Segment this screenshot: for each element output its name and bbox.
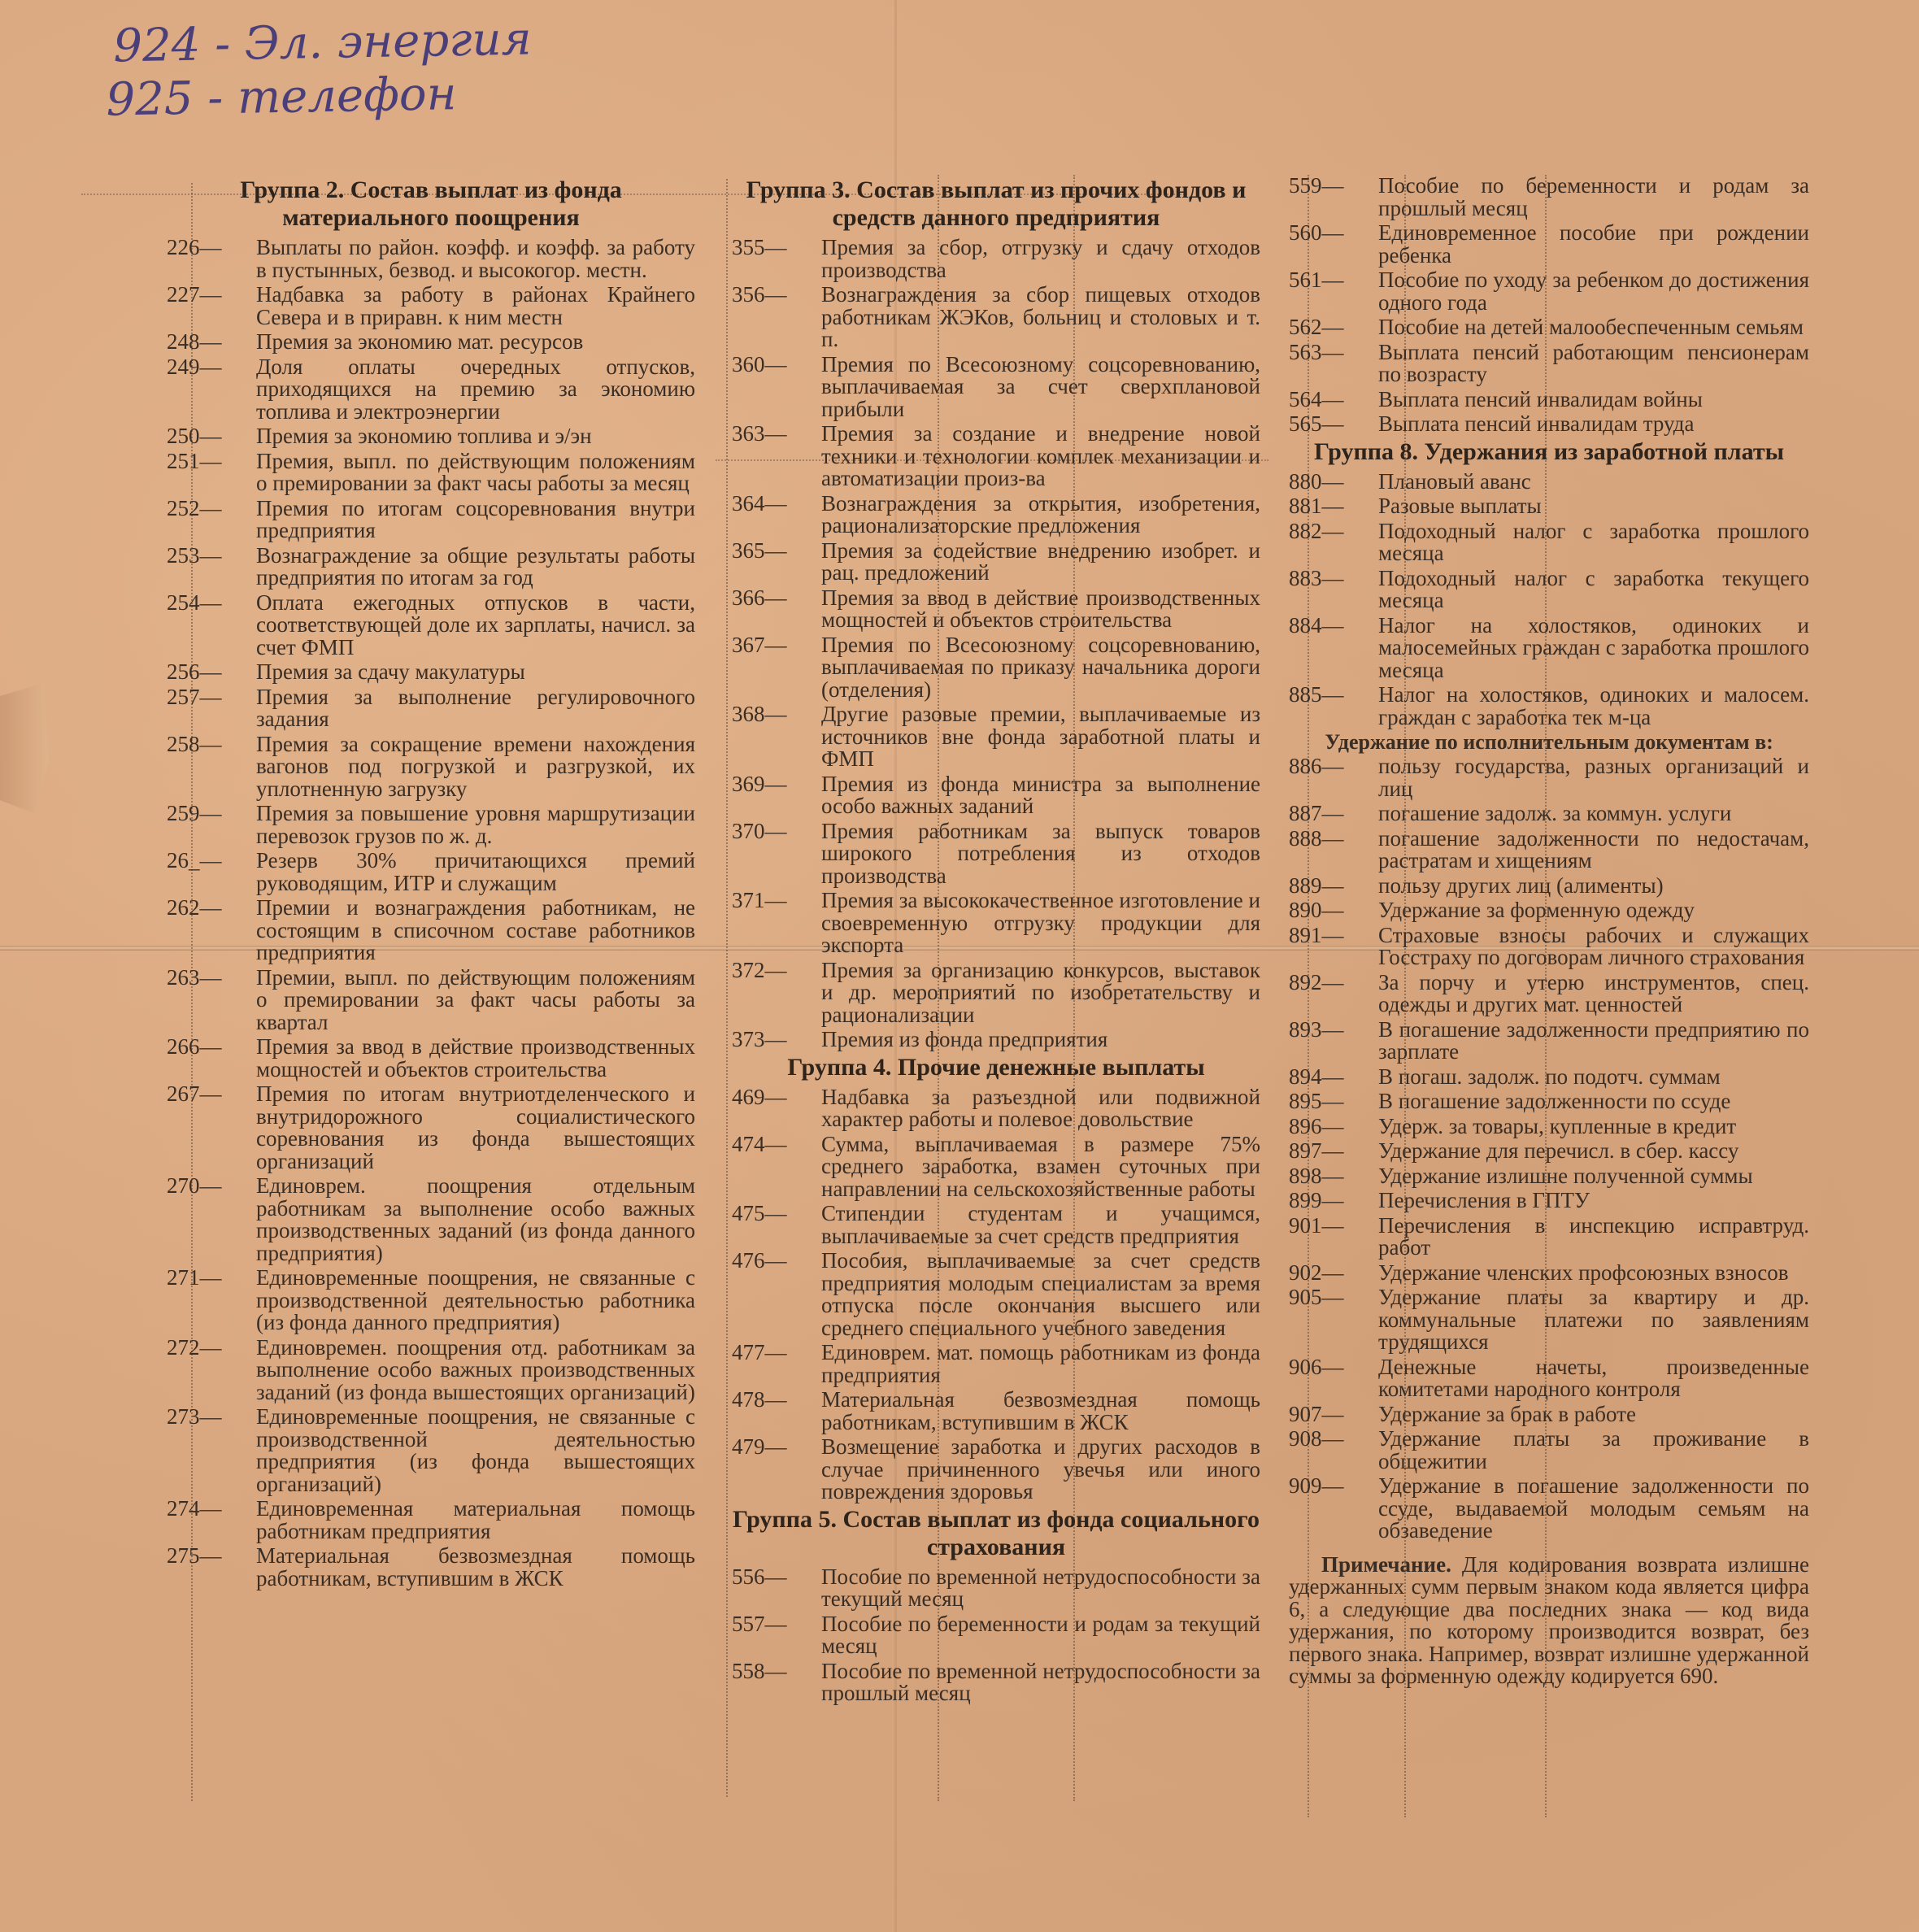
- entry-code: 475—: [732, 1203, 821, 1247]
- entry-text: Страховые взносы рабочих и служащих Госс…: [1378, 925, 1809, 969]
- entry-code: 273—: [167, 1406, 256, 1495]
- code-entry: 906—Денежные начеты, произведенные комит…: [1289, 1356, 1809, 1401]
- code-entry: 561—Пособие по уходу за ребенком до дост…: [1289, 269, 1809, 314]
- entry-code: 363—: [732, 423, 821, 490]
- entry-code: 908—: [1289, 1428, 1378, 1473]
- entry-code: 262—: [167, 897, 256, 964]
- entry-text: Удержание за форменную одежду: [1378, 899, 1809, 922]
- entry-text: Выплата пенсий инвалидам войны: [1378, 389, 1809, 411]
- entry-code: 369—: [732, 773, 821, 818]
- entry-text: Премия за ввод в действие производственн…: [821, 587, 1260, 632]
- entry-code: 891—: [1289, 925, 1378, 969]
- entry-text: Пособия, выплачиваемые за счет средств п…: [821, 1250, 1260, 1339]
- code-entry: 889—пользу других лиц (алименты): [1289, 875, 1809, 898]
- entry-text: Денежные начеты, произведенные комитетам…: [1378, 1356, 1809, 1401]
- code-entry: 907—Удержание за брак в работе: [1289, 1403, 1809, 1426]
- entry-text: Пособие по временной нетрудоспособности …: [821, 1660, 1260, 1705]
- entry-code: 902—: [1289, 1262, 1378, 1285]
- code-entry: 905—Удержание платы за квартиру и др. ко…: [1289, 1286, 1809, 1354]
- column-1: Группа 2. Состав выплат из фонда материа…: [167, 175, 695, 1592]
- entry-text: Премия за экономию мат. ресурсов: [256, 331, 695, 354]
- entry-text: Выплата пенсий инвалидам труда: [1378, 413, 1809, 436]
- column-3: 559—Пособие по беременности и родам за п…: [1289, 175, 1809, 1688]
- entry-code: 253—: [167, 545, 256, 590]
- entry-code: 556—: [732, 1566, 821, 1611]
- entry-text: Вознаграждение за общие результаты работ…: [256, 545, 695, 590]
- entry-text: В погашение задолженности по ссуде: [1378, 1090, 1809, 1113]
- entry-code: 883—: [1289, 568, 1378, 612]
- entry-text: Премия за организацию конкурсов, выставо…: [821, 959, 1260, 1027]
- entry-code: 896—: [1289, 1116, 1378, 1138]
- entry-code: 478—: [732, 1389, 821, 1434]
- entry-code: 880—: [1289, 471, 1378, 494]
- code-entry: 884—Налог на холостяков, одиноких и мало…: [1289, 615, 1809, 682]
- entry-text: Премия за ввод в действие производственн…: [256, 1036, 695, 1081]
- entry-code: 893—: [1289, 1019, 1378, 1064]
- entry-text: Премия работникам за выпуск товаров широ…: [821, 820, 1260, 888]
- entry-code: 557—: [732, 1613, 821, 1658]
- entry-text: Вознаграждения за открытия, изобретения,…: [821, 493, 1260, 537]
- entry-text: Стипендии студентам и учащимся, выплачив…: [821, 1203, 1260, 1247]
- entry-code: 360—: [732, 354, 821, 421]
- entry-text: Пособие по уходу за ребенком до достижен…: [1378, 269, 1809, 314]
- entry-code: 267—: [167, 1083, 256, 1173]
- entry-code: 887—: [1289, 803, 1378, 825]
- group-title: Группа 8. Удержания из заработной платы: [1289, 438, 1809, 466]
- entry-code: 270—: [167, 1175, 256, 1264]
- entry-text: Выплата пенсий работающим пенсионерам по…: [1378, 342, 1809, 386]
- entry-code: 476—: [732, 1250, 821, 1339]
- group-title: Группа 2. Состав выплат из фонда материа…: [167, 176, 695, 232]
- code-entry: 564—Выплата пенсий инвалидам войны: [1289, 389, 1809, 411]
- column-2: Группа 3. Состав выплат из прочих фондов…: [732, 175, 1260, 1708]
- entry-text: Налог на холостяков, одиноких и малосем.…: [1378, 684, 1809, 729]
- entry-code: 371—: [732, 890, 821, 957]
- entry-code: 366—: [732, 587, 821, 632]
- code-entry: 893—В погашение задолженности предприяти…: [1289, 1019, 1809, 1064]
- entry-code: 275—: [167, 1545, 256, 1590]
- entry-text: пользу государства, разных организаций и…: [1378, 755, 1809, 800]
- entry-text: Премия за выполнение регулировочного зад…: [256, 686, 695, 731]
- entry-code: 263—: [167, 967, 256, 1034]
- entry-text: Премия за повышение уровня маршрутизации…: [256, 803, 695, 847]
- code-entry: 883—Подоходный налог с заработка текущег…: [1289, 568, 1809, 612]
- entry-text: погашение задолженности по недостачам, р…: [1378, 828, 1809, 872]
- code-entry: 226—Выплаты по район. коэфф. и коэфф. за…: [167, 237, 695, 281]
- entry-code: 561—: [1289, 269, 1378, 314]
- code-entry: 899—Перечисления в ГПТУ: [1289, 1190, 1809, 1212]
- code-entry: 901—Перечисления в инспекцию исправтруд.…: [1289, 1215, 1809, 1260]
- code-entry: 366—Премия за ввод в действие производст…: [732, 587, 1260, 632]
- entry-text: Премия по Всесоюзному соцсоревнованию, в…: [821, 354, 1260, 421]
- entry-text: Премии, выпл. по действующим положениям …: [256, 967, 695, 1034]
- code-entry: 897—Удержание для перечисл. в сбер. касс…: [1289, 1140, 1809, 1163]
- code-entry: 478—Материальная безвозмездная помощь ра…: [732, 1389, 1260, 1434]
- entry-text: Удержание для перечисл. в сбер. кассу: [1378, 1140, 1809, 1163]
- code-entry: 890—Удержание за форменную одежду: [1289, 899, 1809, 922]
- code-entry: 887—погашение задолж. за коммун. услуги: [1289, 803, 1809, 825]
- entry-text: В погаш. задолж. по подотч. суммам: [1378, 1066, 1809, 1089]
- code-entry: 373—Премия из фонда предприятия: [732, 1029, 1260, 1051]
- entry-code: 469—: [732, 1086, 821, 1131]
- entry-text: Премия по итогам соцсоревнования внутри …: [256, 498, 695, 542]
- entry-text: Премия за сокращение времени нахождения …: [256, 733, 695, 801]
- code-entry: 259—Премия за повышение уровня маршрутиз…: [167, 803, 695, 847]
- entry-text: Удержание платы за проживание в общежити…: [1378, 1428, 1809, 1473]
- entry-code: 477—: [732, 1342, 821, 1386]
- code-entry: 370—Премия работникам за выпуск товаров …: [732, 820, 1260, 888]
- code-entry: 559—Пособие по беременности и родам за п…: [1289, 175, 1809, 220]
- entry-text: Пособие по временной нетрудоспособности …: [821, 1566, 1260, 1611]
- entry-code: 474—: [732, 1134, 821, 1201]
- entry-text: Пособие по беременности и родам за текущ…: [821, 1613, 1260, 1658]
- entry-text: Единовременные поощрения, не связанные с…: [256, 1267, 695, 1334]
- code-entry: 249—Доля оплаты очередных отпусков, прих…: [167, 356, 695, 424]
- entry-text: Материальная безвозмездная помощь работн…: [256, 1545, 695, 1590]
- entry-code: 898—: [1289, 1165, 1378, 1188]
- entry-code: 227—: [167, 284, 256, 329]
- code-entry: 363—Премия за создание и внедрение новой…: [732, 423, 1260, 490]
- entry-code: 564—: [1289, 389, 1378, 411]
- entry-text: Премия, выпл. по действующим положениям …: [256, 450, 695, 495]
- entry-code: 890—: [1289, 899, 1378, 922]
- entry-text: За порчу и утерю инструментов, спец. оде…: [1378, 972, 1809, 1016]
- entry-code: 252—: [167, 498, 256, 542]
- code-entry: 556—Пособие по временной нетрудоспособно…: [732, 1566, 1260, 1611]
- code-entry: 476—Пособия, выплачиваемые за счет средс…: [732, 1250, 1260, 1339]
- entry-code: 274—: [167, 1498, 256, 1543]
- code-entry: 908—Удержание платы за проживание в обще…: [1289, 1428, 1809, 1473]
- code-entry: 557—Пособие по беременности и родам за т…: [732, 1613, 1260, 1658]
- code-entry: 563—Выплата пенсий работающим пенсионера…: [1289, 342, 1809, 386]
- entry-code: 889—: [1289, 875, 1378, 898]
- document-page: 924 - Эл. энергия 925 - телефон Группа 2…: [0, 0, 1919, 1932]
- code-entry: 881—Разовые выплаты: [1289, 495, 1809, 518]
- code-entry: 886—пользу государства, разных организац…: [1289, 755, 1809, 800]
- entry-text: Единоврем. поощрения отдельным работника…: [256, 1175, 695, 1264]
- entry-code: 562—: [1289, 316, 1378, 339]
- code-entry: 885—Налог на холостяков, одиноких и мало…: [1289, 684, 1809, 729]
- entry-code: 881—: [1289, 495, 1378, 518]
- entry-text: Удержание за брак в работе: [1378, 1403, 1809, 1426]
- entry-text: Надбавка за разъездной или подвижной хар…: [821, 1086, 1260, 1131]
- footnote: Примечание. Для кодирования возврата изл…: [1289, 1554, 1809, 1688]
- entry-text: Вознаграждения за сбор пищевых отходов р…: [821, 284, 1260, 351]
- entry-text: Налог на холостяков, одиноких и малосеме…: [1378, 615, 1809, 682]
- entry-text: Материальная безвозмездная помощь работн…: [821, 1389, 1260, 1434]
- entry-code: 907—: [1289, 1403, 1378, 1426]
- code-entry: 355—Премия за сбор, отгрузку и сдачу отх…: [732, 237, 1260, 281]
- entry-code: 266—: [167, 1036, 256, 1081]
- entry-code: 368—: [732, 703, 821, 771]
- code-entry: 902—Удержание членских профсоюзных взнос…: [1289, 1262, 1809, 1285]
- entry-text: Удержание излишне полученной суммы: [1378, 1165, 1809, 1188]
- entry-text: Разовые выплаты: [1378, 495, 1809, 518]
- entry-code: 256—: [167, 661, 256, 684]
- entry-text: Удерж. за товары, купленные в кредит: [1378, 1116, 1809, 1138]
- entry-text: Резерв 30% причитающихся премий руководя…: [256, 850, 695, 894]
- entry-text: Пособие на детей малообеспеченным семьям: [1378, 316, 1809, 339]
- group-title: Группа 3. Состав выплат из прочих фондов…: [732, 176, 1260, 232]
- entry-text: Премии и вознаграждения работникам, не с…: [256, 897, 695, 964]
- code-entry: 896—Удерж. за товары, купленные в кредит: [1289, 1116, 1809, 1138]
- entry-text: Удержание членских профсоюзных взносов: [1378, 1262, 1809, 1285]
- entry-text: Единоврем. мат. помощь работникам из фон…: [821, 1342, 1260, 1386]
- entry-text: Премия за создание и внедрение новой тех…: [821, 423, 1260, 490]
- handwritten-line: 924 - Эл. энергия: [113, 13, 532, 74]
- entry-code: 559—: [1289, 175, 1378, 220]
- entry-code: 356—: [732, 284, 821, 351]
- entry-code: 895—: [1289, 1090, 1378, 1113]
- entry-code: 563—: [1289, 342, 1378, 386]
- entry-text: Премия за экономию топлива и э/эн: [256, 425, 695, 448]
- handwritten-note: 924 - Эл. энергия 925 - телефон: [113, 13, 533, 128]
- group-title: Группа 5. Состав выплат из фонда социаль…: [732, 1506, 1260, 1561]
- entry-text: Пособие по беременности и родам за прошл…: [1378, 175, 1809, 220]
- code-entry: 475—Стипендии студентам и учащимся, выпл…: [732, 1203, 1260, 1247]
- entry-code: 258—: [167, 733, 256, 801]
- code-entry: 271—Единовременные поощрения, не связанн…: [167, 1267, 695, 1334]
- code-entry: 892—За порчу и утерю инструментов, спец.…: [1289, 972, 1809, 1016]
- entry-text: Удержание платы за квартиру и др. коммун…: [1378, 1286, 1809, 1354]
- entry-text: Плановый аванс: [1378, 471, 1809, 494]
- entry-code: 899—: [1289, 1190, 1378, 1212]
- entry-code: 226—: [167, 237, 256, 281]
- entry-text: пользу других лиц (алименты): [1378, 875, 1809, 898]
- entry-text: Премия по итогам внутриотделенческого и …: [256, 1083, 695, 1173]
- code-entry: 263—Премии, выпл. по действующим положен…: [167, 967, 695, 1034]
- entry-text: Премия по Всесоюзному соцсоревнованию, в…: [821, 634, 1260, 702]
- entry-text: Другие разовые премии, выплачиваемые из …: [821, 703, 1260, 771]
- entry-code: 257—: [167, 686, 256, 731]
- code-entry: 360—Премия по Всесоюзному соцсоревновани…: [732, 354, 1260, 421]
- entry-code: 249—: [167, 356, 256, 424]
- entry-code: 894—: [1289, 1066, 1378, 1089]
- entry-code: 909—: [1289, 1475, 1378, 1543]
- entry-text: Подоходный налог с заработка текущего ме…: [1378, 568, 1809, 612]
- code-entry: 469—Надбавка за разъездной или подвижной…: [732, 1086, 1260, 1131]
- code-entry: 898—Удержание излишне полученной суммы: [1289, 1165, 1809, 1188]
- code-entry: 254—Оплата ежегодных отпусков в части, с…: [167, 592, 695, 659]
- entry-text: Перечисления в ГПТУ: [1378, 1190, 1809, 1212]
- code-entry: 562—Пособие на детей малообеспеченным се…: [1289, 316, 1809, 339]
- entry-text: Удержание в погашение задолженности по с…: [1378, 1475, 1809, 1543]
- entry-text: Перечисления в инспекцию исправтруд. раб…: [1378, 1215, 1809, 1260]
- entry-text: Премия за сбор, отгрузку и сдачу отходов…: [821, 237, 1260, 281]
- code-entry: 253—Вознаграждение за общие результаты р…: [167, 545, 695, 590]
- code-entry: 274—Единовременная материальная помощь р…: [167, 1498, 695, 1543]
- code-entry: 248—Премия за экономию мат. ресурсов: [167, 331, 695, 354]
- code-entry: 273—Единовременные поощрения, не связанн…: [167, 1406, 695, 1495]
- code-entry: 272—Единовремен. поощрения отд. работник…: [167, 1337, 695, 1404]
- code-entry: 474—Сумма, выплачиваемая в размере 75% с…: [732, 1134, 1260, 1201]
- group-title: Группа 4. Прочие денежные выплаты: [732, 1054, 1260, 1081]
- entry-text: Доля оплаты очередных отпусков, приходящ…: [256, 356, 695, 424]
- code-entry: 266—Премия за ввод в действие производст…: [167, 1036, 695, 1081]
- entry-code: 271—: [167, 1267, 256, 1334]
- code-entry: 26_—Резерв 30% причитающихся премий руко…: [167, 850, 695, 894]
- code-entry: 479—Возмещение заработка и других расход…: [732, 1436, 1260, 1503]
- entry-code: 372—: [732, 959, 821, 1027]
- code-entry: 250—Премия за экономию топлива и э/эн: [167, 425, 695, 448]
- code-entry: 565—Выплата пенсий инвалидам труда: [1289, 413, 1809, 436]
- code-entry: 275—Материальная безвозмездная помощь ра…: [167, 1545, 695, 1590]
- code-entry: 882—Подоходный налог с заработка прошлог…: [1289, 520, 1809, 565]
- code-entry: 369—Премия из фонда министра за выполнен…: [732, 773, 1260, 818]
- entry-text: Выплаты по район. коэфф. и коэфф. за раб…: [256, 237, 695, 281]
- code-entry: 251—Премия, выпл. по действующим положен…: [167, 450, 695, 495]
- entry-code: 901—: [1289, 1215, 1378, 1260]
- entry-code: 367—: [732, 634, 821, 702]
- entry-text: Премия за сдачу макулатуры: [256, 661, 695, 684]
- section-subheading: Удержание по исполнительным документам в…: [1289, 731, 1809, 754]
- entry-text: Оплата ежегодных отпусков в части, соотв…: [256, 592, 695, 659]
- entry-code: 26_—: [167, 850, 256, 894]
- entry-code: 565—: [1289, 413, 1378, 436]
- code-entry: 558—Пособие по временной нетрудоспособно…: [732, 1660, 1260, 1705]
- code-entry: 227—Надбавка за работу в районах Крайнег…: [167, 284, 695, 329]
- code-entry: 880—Плановый аванс: [1289, 471, 1809, 494]
- code-entry: 368—Другие разовые премии, выплачиваемые…: [732, 703, 1260, 771]
- code-entry: 891—Страховые взносы рабочих и служащих …: [1289, 925, 1809, 969]
- entry-code: 373—: [732, 1029, 821, 1051]
- code-entry: 367—Премия по Всесоюзному соцсоревновани…: [732, 634, 1260, 702]
- entry-code: 365—: [732, 540, 821, 585]
- entry-text: погашение задолж. за коммун. услуги: [1378, 803, 1809, 825]
- entry-code: 885—: [1289, 684, 1378, 729]
- code-entry: 560—Единовременное пособие при рождении …: [1289, 222, 1809, 267]
- code-entry: 365—Премия за содействие внедрению изобр…: [732, 540, 1260, 585]
- entry-text: Премия из фонда министра за выполнение о…: [821, 773, 1260, 818]
- entry-text: Единовременные поощрения, не связанные с…: [256, 1406, 695, 1495]
- code-entry: 894—В погаш. задолж. по подотч. суммам: [1289, 1066, 1809, 1089]
- column-rule: [726, 179, 728, 1797]
- entry-code: 248—: [167, 331, 256, 354]
- entry-code: 250—: [167, 425, 256, 448]
- handwritten-line: 925 - телефон: [106, 67, 533, 128]
- code-entry: 252—Премия по итогам соцсоревнования вну…: [167, 498, 695, 542]
- entry-text: Подоходный налог с заработка прошлого ме…: [1378, 520, 1809, 565]
- entry-text: Премия за высококачественное изготовлени…: [821, 890, 1260, 957]
- code-entry: 477—Единоврем. мат. помощь работникам из…: [732, 1342, 1260, 1386]
- code-entry: 258—Премия за сокращение времени нахожде…: [167, 733, 695, 801]
- entry-text: Единовремен. поощрения отд. работникам з…: [256, 1337, 695, 1404]
- entry-text: В погашение задолженности предприятию по…: [1378, 1019, 1809, 1064]
- code-entry: 256—Премия за сдачу макулатуры: [167, 661, 695, 684]
- entry-text: Единовременное пособие при рождении ребе…: [1378, 222, 1809, 267]
- entry-text: Надбавка за работу в районах Крайнего Се…: [256, 284, 695, 329]
- entry-code: 355—: [732, 237, 821, 281]
- code-entry: 895—В погашение задолженности по ссуде: [1289, 1090, 1809, 1113]
- code-entry: 267—Премия по итогам внутриотделенческог…: [167, 1083, 695, 1173]
- entry-code: 272—: [167, 1337, 256, 1404]
- code-entry: 257—Премия за выполнение регулировочного…: [167, 686, 695, 731]
- entry-code: 886—: [1289, 755, 1378, 800]
- paper-tear: [0, 683, 49, 813]
- entry-text: Сумма, выплачиваемая в размере 75% средн…: [821, 1134, 1260, 1201]
- code-entry: 371—Премия за высококачественное изготов…: [732, 890, 1260, 957]
- code-entry: 909—Удержание в погашение задолженности …: [1289, 1475, 1809, 1543]
- code-entry: 270—Единоврем. поощрения отдельным работ…: [167, 1175, 695, 1264]
- entry-code: 897—: [1289, 1140, 1378, 1163]
- entry-code: 364—: [732, 493, 821, 537]
- entry-code: 905—: [1289, 1286, 1378, 1354]
- entry-code: 558—: [732, 1660, 821, 1705]
- entry-code: 560—: [1289, 222, 1378, 267]
- entry-code: 906—: [1289, 1356, 1378, 1401]
- entry-code: 254—: [167, 592, 256, 659]
- entry-text: Возмещение заработка и других расходов в…: [821, 1436, 1260, 1503]
- entry-code: 479—: [732, 1436, 821, 1503]
- entry-code: 884—: [1289, 615, 1378, 682]
- entry-code: 882—: [1289, 520, 1378, 565]
- code-entry: 372—Премия за организацию конкурсов, выс…: [732, 959, 1260, 1027]
- entry-code: 251—: [167, 450, 256, 495]
- footnote-label: Примечание.: [1321, 1552, 1451, 1577]
- code-entry: 364—Вознаграждения за открытия, изобрете…: [732, 493, 1260, 537]
- code-entry: 262—Премии и вознаграждения работникам, …: [167, 897, 695, 964]
- code-entry: 356—Вознаграждения за сбор пищевых отход…: [732, 284, 1260, 351]
- entry-code: 259—: [167, 803, 256, 847]
- entry-text: Премия за содействие внедрению изобрет. …: [821, 540, 1260, 585]
- entry-code: 370—: [732, 820, 821, 888]
- entry-text: Премия из фонда предприятия: [821, 1029, 1260, 1051]
- code-entry: 888—погашение задолженности по недостача…: [1289, 828, 1809, 872]
- entry-code: 892—: [1289, 972, 1378, 1016]
- entry-text: Единовременная материальная помощь работ…: [256, 1498, 695, 1543]
- entry-code: 888—: [1289, 828, 1378, 872]
